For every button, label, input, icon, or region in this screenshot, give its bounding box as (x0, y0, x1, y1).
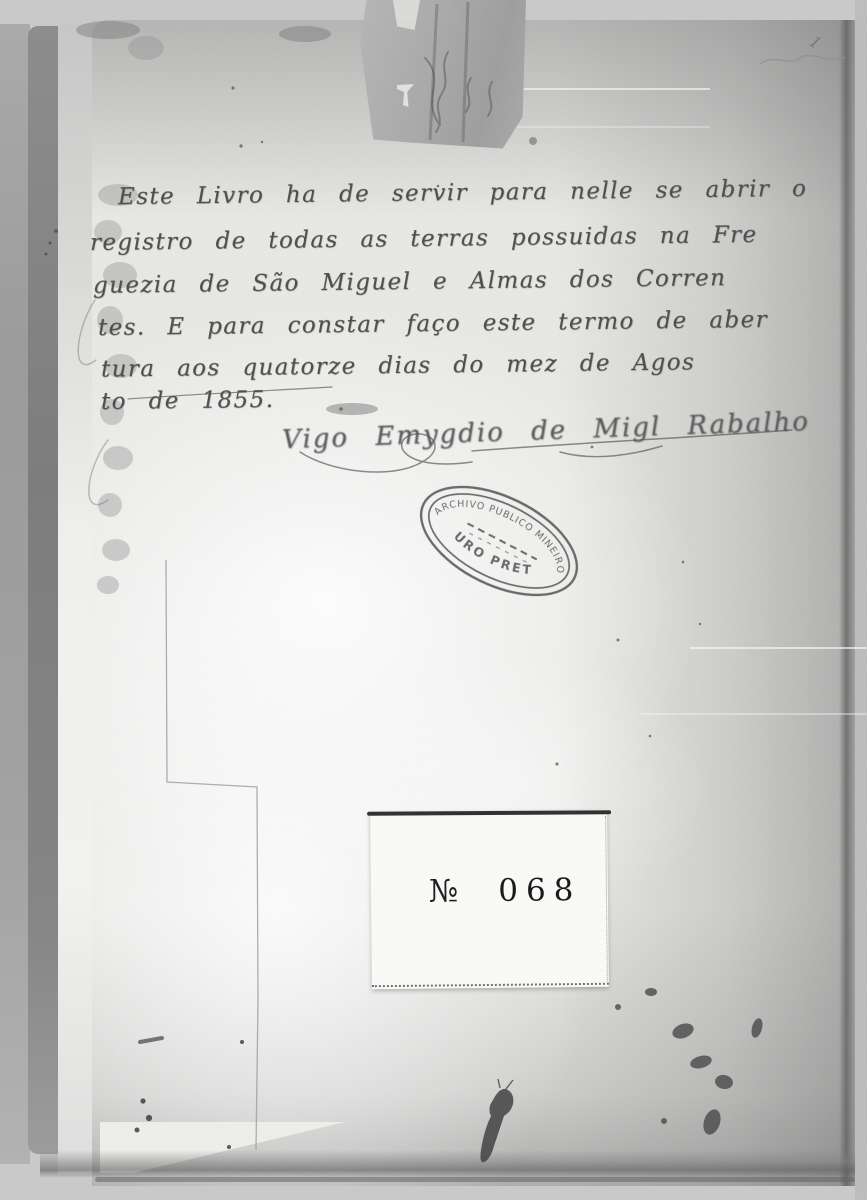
label-number-value: 068 (498, 872, 582, 909)
tape-fragment (360, 0, 526, 150)
label-number-row: № 068 (429, 872, 582, 910)
number-label: № 068 (370, 810, 609, 989)
manuscript-line-6: to de 1855. (101, 387, 275, 415)
book-spine-band (28, 26, 60, 1154)
page-right-edge-shadow (839, 20, 855, 1186)
scratch-line (640, 713, 867, 715)
label-bottom-edge (372, 983, 609, 987)
scan-right-margin (855, 0, 867, 1200)
scratch-line (690, 647, 867, 649)
page-bottom-edge (95, 1177, 855, 1182)
label-top-edge (367, 810, 611, 815)
book-spine-outer (0, 24, 30, 1164)
numero-symbol: № (429, 873, 459, 909)
scanned-document: 1 (0, 0, 867, 1200)
page-bottom-shadow (40, 1150, 855, 1178)
scratch-line (500, 126, 710, 128)
